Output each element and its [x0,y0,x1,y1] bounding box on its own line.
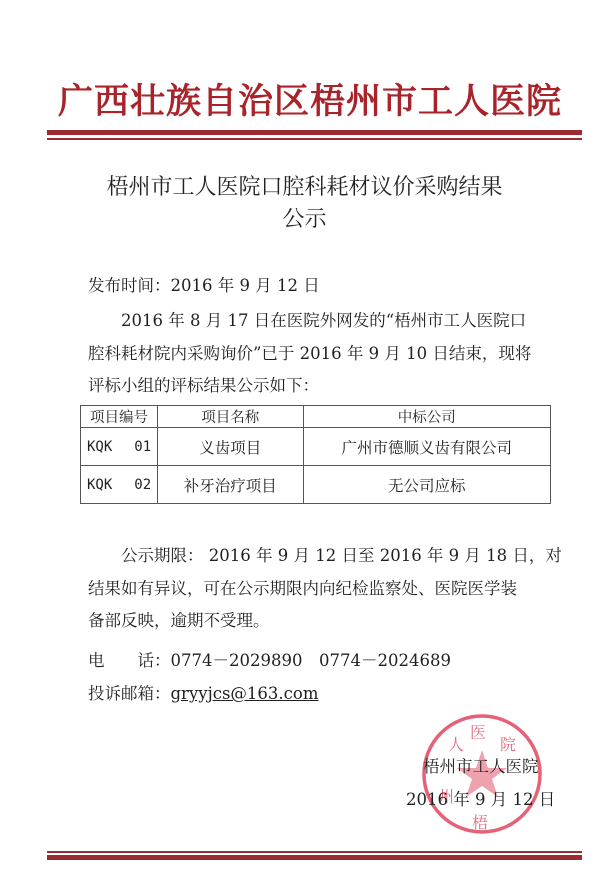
table-row: KQK01 义齿项目 广州市德顺义齿有限公司 [81,428,551,466]
project-code: KQK02 [81,466,158,504]
table-row: KQK02 补牙治疗项目 无公司应标 [81,466,551,504]
notice-period-line-3: 备部反映，逾期不受理。 [88,607,270,631]
intro-line-3: 评标小组的评标结果公示如下： [88,372,319,396]
winning-company: 广州市德顺义齿有限公司 [303,428,550,466]
email-line: 投诉邮箱：gryyjcs@163.com [88,680,318,704]
project-name: 补牙治疗项目 [157,466,303,504]
phone-numbers: 0774－2029890 0774－2024689 [171,651,451,670]
header-project-name: 项目名称 [157,406,303,428]
phone-line: 电 话：0774－2029890 0774－2024689 [88,647,451,671]
intro-line-1: 2016 年 8 月 17 日在医院外网发的“梧州市工人医院口 [121,307,526,331]
table-header-row: 项目编号 项目名称 中标公司 [81,406,551,428]
footer-rule-thin [47,851,582,853]
project-code: KQK01 [81,428,158,466]
phone-label: 电 话： [88,651,171,670]
svg-text:医: 医 [470,723,486,742]
svg-text:院: 院 [500,735,516,754]
document-title-line2: 公示 [0,202,609,233]
notice-period-line-1: 公示期限： 2016 年 9 月 12 日至 2016 年 9 月 18 日，对 [121,542,562,566]
footer-rule-thick [47,855,582,860]
document-title-line1: 梧州市工人医院口腔科耗材议价采购结果 [0,170,609,201]
results-table: 项目编号 项目名称 中标公司 KQK01 义齿项目 广州市德顺义齿有限公司 KQ… [80,405,551,504]
winning-company: 无公司应标 [303,466,550,504]
email-label: 投诉邮箱： [88,684,171,703]
publish-time: 发布时间：2016 年 9 月 12 日 [88,272,320,296]
svg-text:人: 人 [448,735,464,754]
header-rule-thick [47,130,582,135]
letterhead-title: 广西壮族自治区梧州市工人医院 [58,74,578,124]
intro-line-2: 腔科耗材院内采购询价”已于 2016 年 9 月 10 日结束，现将 [88,340,531,364]
signature-date: 2016 年 9 月 12 日 [406,786,555,810]
project-name: 义齿项目 [157,428,303,466]
header-rule-thin [47,138,582,140]
header-winning-company: 中标公司 [303,406,550,428]
signature-organization: 梧州市工人医院 [423,753,539,777]
svg-text:梧: 梧 [472,813,488,832]
notice-period-line-2: 结果如有异议，可在公示期限内向纪检监察处、医院医学装 [88,575,517,599]
header-project-code: 项目编号 [81,406,158,428]
email-link[interactable]: gryyjcs@163.com [171,684,319,703]
